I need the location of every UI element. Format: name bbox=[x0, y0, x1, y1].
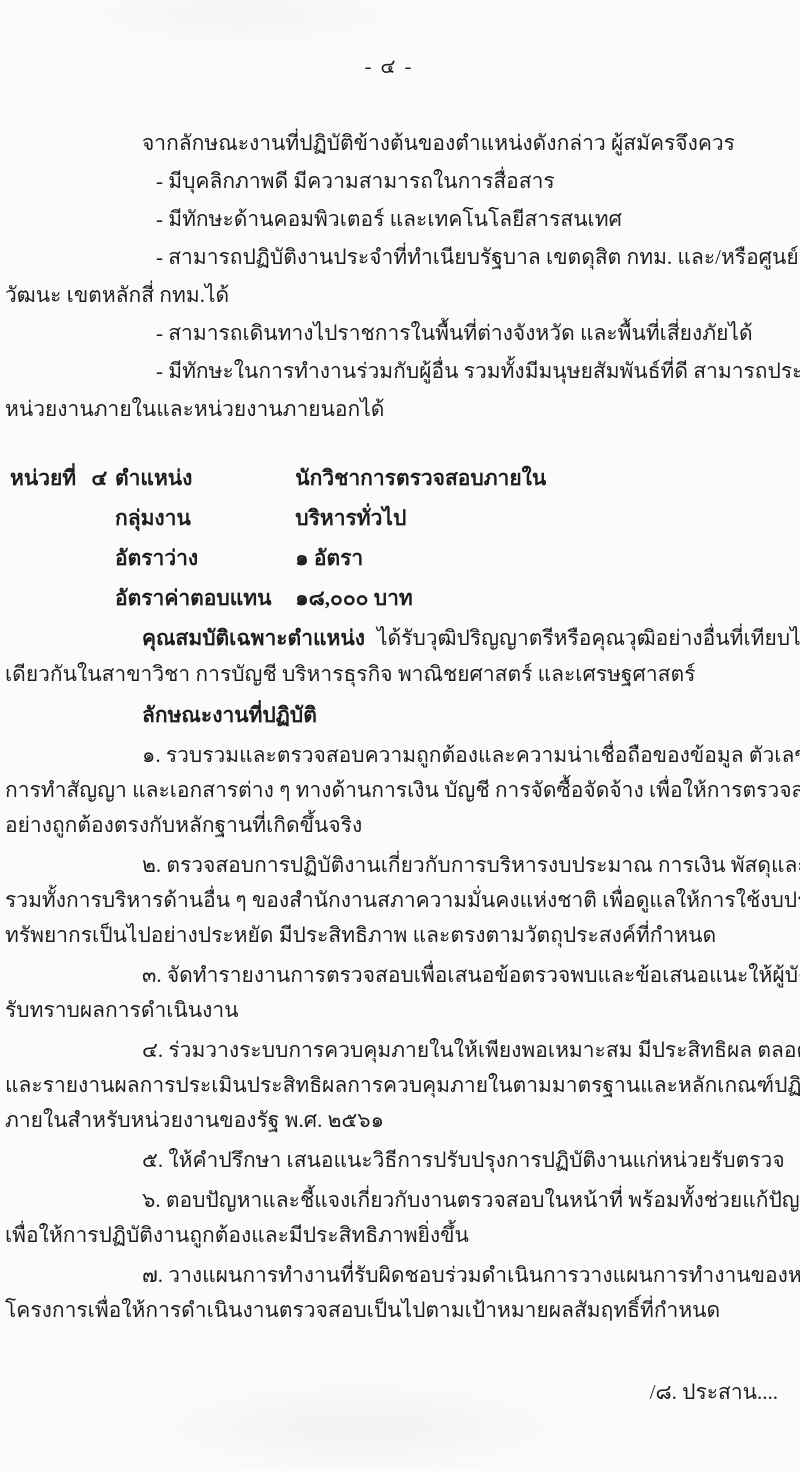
qualification-text-line2: เดียวกันในสาขาวิชา การบัญชี บริหารธุรกิจ… bbox=[0, 656, 800, 692]
unit-section: หน่วยที่ ๔ ตำแหน่ง นักวิชาการตรวจสอบภายใ… bbox=[0, 458, 800, 618]
unit-field-label: ตำแหน่ง bbox=[115, 458, 290, 498]
qualification-heading: คุณสมบัติเฉพาะตำแหน่ง bbox=[142, 626, 365, 650]
duty-line: การทำสัญญา และเอกสารต่าง ๆ ทางด้านการเงิ… bbox=[0, 773, 800, 808]
unit-details-list: ตำแหน่ง นักวิชาการตรวจสอบภายใน กลุ่มงาน … bbox=[115, 458, 800, 618]
unit-field-value: นักวิชาการตรวจสอบภายใน bbox=[295, 458, 546, 498]
duty-line: โครงการเพื่อให้การดำเนินงานตรวจสอบเป็นไป… bbox=[0, 1293, 800, 1328]
duty-line: ๕. ให้คำปรึกษา เสนอแนะวิธีการปรับปรุงการ… bbox=[0, 1143, 800, 1178]
unit-field-label: อัตราว่าง bbox=[115, 538, 290, 578]
duty-line: ๒. ตรวจสอบการปฏิบัติงานเกี่ยวกับการบริหา… bbox=[0, 848, 800, 883]
unit-field-value: ๑ อัตรา bbox=[295, 538, 363, 578]
duty-line: และรายงานผลการประเมินประสิทธิผลการควบคุม… bbox=[0, 1068, 800, 1103]
intro-quality-line: - มีบุคลิกภาพดี มีความสามารถในการสื่อสาร bbox=[0, 162, 800, 200]
duties-heading: ลักษณะงานที่ปฏิบัติ bbox=[0, 698, 800, 733]
unit-detail-row: กลุ่มงาน บริหารทั่วไป bbox=[115, 498, 800, 538]
intro-qualities-list: - มีบุคลิกภาพดี มีความสามารถในการสื่อสาร… bbox=[0, 162, 800, 428]
page-number: - ๔ - bbox=[0, 0, 800, 80]
duty-line: ภายในสำหรับหน่วยงานของรัฐ พ.ศ. ๒๕๖๑ bbox=[0, 1103, 800, 1138]
unit-field-label: อัตราค่าตอบแทน bbox=[115, 578, 290, 618]
unit-detail-row: อัตราค่าตอบแทน ๑๘,๐๐๐ บาท bbox=[115, 578, 800, 618]
duty-line: ๓. จัดทำรายงานการตรวจสอบเพื่อเสนอข้อตรวจ… bbox=[0, 958, 800, 993]
duty-line: อย่างถูกต้องตรงกับหลักฐานที่เกิดขึ้นจริง bbox=[0, 808, 800, 843]
unit-number-label: หน่วยที่ ๔ bbox=[10, 458, 107, 498]
intro-quality-line: หน่วยงานภายในและหน่วยงานภายนอกได้ bbox=[0, 390, 800, 428]
intro-quality-line: - มีทักษะด้านคอมพิวเตอร์ และเทคโนโลยีสาร… bbox=[0, 200, 800, 238]
duty-line: รับทราบผลการดำเนินงาน bbox=[0, 993, 800, 1028]
duty-line: ๑. รวบรวมและตรวจสอบความถูกต้องและความน่า… bbox=[0, 738, 800, 773]
intro-quality-line: วัฒนะ เขตหลักสี่ กทม.ได้ bbox=[0, 276, 800, 314]
intro-quality-line: - สามารถเดินทางไปราชการในพื้นที่ต่างจังห… bbox=[0, 314, 800, 352]
continuation-note: /๘. ประสาน.... bbox=[650, 1378, 778, 1406]
unit-field-label: กลุ่มงาน bbox=[115, 498, 290, 538]
scanned-document-page: - ๔ - จากลักษณะงานที่ปฏิบัติข้างต้นของตำ… bbox=[0, 0, 800, 1471]
qualification-section: คุณสมบัติเฉพาะตำแหน่งได้รับวุฒิปริญญาตรี… bbox=[0, 620, 800, 692]
intro-lead-text: จากลักษณะงานที่ปฏิบัติข้างต้นของตำแหน่งด… bbox=[0, 124, 800, 162]
unit-detail-row: อัตราว่าง ๑ อัตรา bbox=[115, 538, 800, 578]
duty-line: รวมทั้งการบริหารด้านอื่น ๆ ของสำนักงานสภ… bbox=[0, 883, 800, 918]
qualification-first-line: คุณสมบัติเฉพาะตำแหน่งได้รับวุฒิปริญญาตรี… bbox=[0, 620, 800, 656]
unit-field-value: ๑๘,๐๐๐ บาท bbox=[295, 578, 412, 618]
duty-line: ๗. วางแผนการทำงานที่รับผิดชอบร่วมดำเนินก… bbox=[0, 1258, 800, 1293]
duty-line: เพื่อให้การปฏิบัติงานถูกต้องและมีประสิทธ… bbox=[0, 1218, 800, 1253]
intro-section: จากลักษณะงานที่ปฏิบัติข้างต้นของตำแหน่งด… bbox=[0, 124, 800, 428]
unit-detail-row: ตำแหน่ง นักวิชาการตรวจสอบภายใน bbox=[115, 458, 800, 498]
duty-line: ๖. ตอบปัญหาและชี้แจงเกี่ยวกับงานตรวจสอบใ… bbox=[0, 1183, 800, 1218]
intro-quality-line: - มีทักษะในการทำงานร่วมกับผู้อื่น รวมทั้… bbox=[0, 352, 800, 390]
duties-section: ลักษณะงานที่ปฏิบัติ ๑. รวบรวมและตรวจสอบค… bbox=[0, 698, 800, 1328]
qualification-text-line1: ได้รับวุฒิปริญญาตรีหรือคุณวุฒิอย่างอื่นท… bbox=[377, 626, 800, 650]
unit-field-value: บริหารทั่วไป bbox=[295, 498, 406, 538]
duties-list: ๑. รวบรวมและตรวจสอบความถูกต้องและความน่า… bbox=[0, 738, 800, 1328]
intro-quality-line: - สามารถปฏิบัติงานประจำที่ทำเนียบรัฐบาล … bbox=[0, 238, 800, 276]
duty-line: ทรัพยากรเป็นไปอย่างประหยัด มีประสิทธิภาพ… bbox=[0, 918, 800, 953]
duty-line: ๔. ร่วมวางระบบการควบคุมภายในให้เพียงพอเห… bbox=[0, 1033, 800, 1068]
